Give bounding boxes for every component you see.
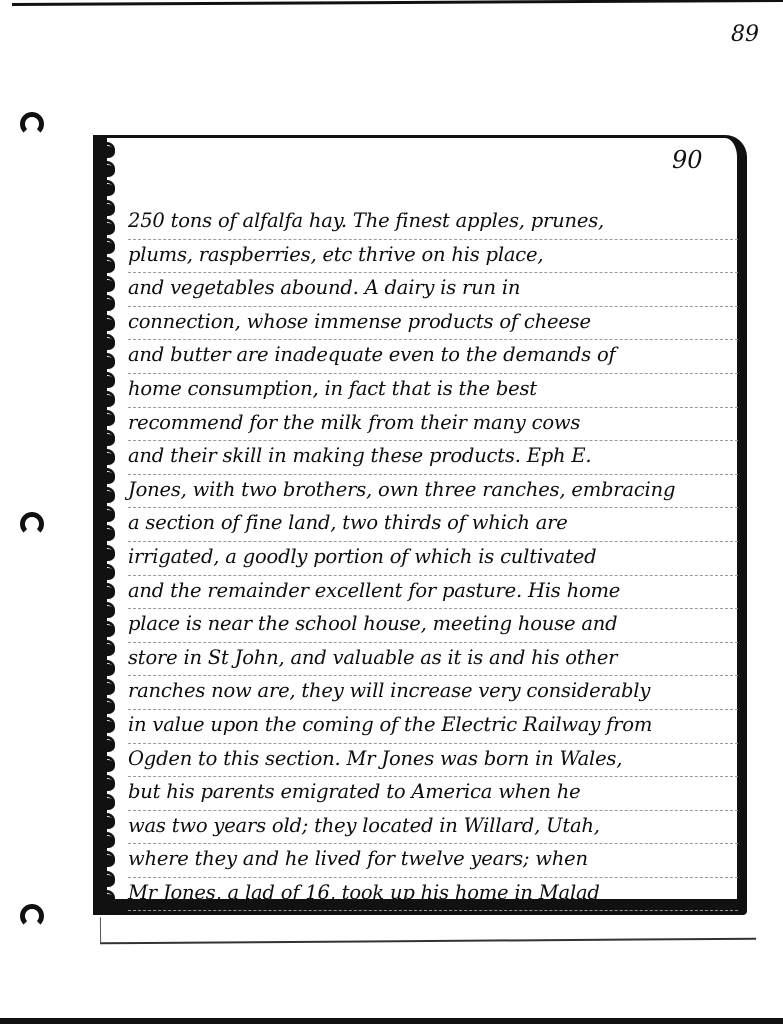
spiral-coil-icon <box>101 625 115 637</box>
text-line: Jones, with two brothers, own three ranc… <box>128 475 738 509</box>
spiral-coil-icon <box>101 280 115 292</box>
text-line-content: plums, raspberries, etc thrive on his pl… <box>128 240 543 270</box>
text-line: in value upon the coming of the Electric… <box>128 710 738 744</box>
text-line: where they and he lived for twelve years… <box>128 844 738 878</box>
text-line: store in St John, and valuable as it is … <box>128 643 738 677</box>
text-line-content: irrigated, a goodly portion of which is … <box>128 542 596 572</box>
spiral-coil-icon <box>101 165 115 177</box>
text-line: and butter are inadequate even to the de… <box>128 340 738 374</box>
spiral-coil-icon <box>101 146 115 158</box>
spiral-coil-icon <box>101 510 115 522</box>
text-line-content: Mr Jones, a lad of 16, took up his home … <box>128 878 600 908</box>
spiral-binding <box>101 146 127 906</box>
text-line-content: in value upon the coming of the Electric… <box>128 710 652 740</box>
text-line-content: 250 tons of alfalfa hay. The finest appl… <box>128 206 604 236</box>
spiral-coil-icon <box>101 491 115 503</box>
spiral-coil-icon <box>101 894 115 906</box>
text-line-content: and their skill in making these products… <box>128 441 591 471</box>
text-line-content: a section of fine land, two thirds of wh… <box>128 508 568 538</box>
text-line-content: home consumption, in fact that is the be… <box>128 374 537 404</box>
text-line: recommend for the milk from their many c… <box>128 408 738 442</box>
spiral-coil-icon <box>101 875 115 887</box>
text-line-content: recommend for the milk from their many c… <box>128 408 580 438</box>
spiral-coil-icon <box>101 664 115 676</box>
spiral-coil-icon <box>101 319 115 331</box>
spiral-coil-icon <box>101 261 115 273</box>
text-line-content: ranches now are, they will increase very… <box>128 676 650 706</box>
spiral-coil-icon <box>101 204 115 216</box>
spiral-coil-icon <box>101 529 115 541</box>
spiral-coil-icon <box>101 568 115 580</box>
text-line: plums, raspberries, etc thrive on his pl… <box>128 240 738 274</box>
spiral-coil-icon <box>101 453 115 465</box>
spiral-coil-icon <box>101 395 115 407</box>
text-line: irrigated, a goodly portion of which is … <box>128 542 738 576</box>
outer-page-number: 89 <box>731 22 759 47</box>
text-line: Mr Jones, a lad of 16, took up his home … <box>128 878 738 912</box>
spiral-coil-icon <box>101 760 115 772</box>
text-line: connection, whose immense products of ch… <box>128 307 738 341</box>
spiral-coil-icon <box>101 414 115 426</box>
spiral-coil-icon <box>101 779 115 791</box>
spiral-coil-icon <box>101 606 115 618</box>
spiral-coil-icon <box>101 242 115 254</box>
text-line: but his parents emigrated to America whe… <box>128 777 738 811</box>
text-line-content: was two years old; they located in Willa… <box>128 811 600 841</box>
notebook-back-page-edge <box>100 913 756 945</box>
text-line-content: connection, whose immense products of ch… <box>128 307 591 337</box>
text-line: place is near the school house, meeting … <box>128 609 738 643</box>
spiral-coil-icon <box>101 721 115 733</box>
text-line: and the remainder excellent for pasture.… <box>128 576 738 610</box>
binder-hole-top-icon <box>20 112 44 136</box>
handwritten-text-body: 250 tons of alfalfa hay. The finest appl… <box>128 206 738 911</box>
spiral-coil-icon <box>101 683 115 695</box>
scan-bottom-edge <box>0 1018 783 1024</box>
spiral-coil-icon <box>101 549 115 561</box>
binder-hole-bottom-icon <box>20 904 44 928</box>
binder-hole-middle-icon <box>20 512 44 536</box>
scan-top-edge <box>12 0 783 6</box>
text-line-content: and vegetables abound. A dairy is run in <box>128 273 520 303</box>
text-line: Ogden to this section. Mr Jones was born… <box>128 744 738 778</box>
text-line-content: Ogden to this section. Mr Jones was born… <box>128 744 622 774</box>
spiral-coil-icon <box>101 740 115 752</box>
spiral-coil-icon <box>101 223 115 235</box>
text-line: was two years old; they located in Willa… <box>128 811 738 845</box>
spiral-coil-icon <box>101 434 115 446</box>
spiral-coil-icon <box>101 472 115 484</box>
spiral-coil-icon <box>101 357 115 369</box>
text-line-content: and butter are inadequate even to the de… <box>128 340 616 370</box>
text-line: home consumption, in fact that is the be… <box>128 374 738 408</box>
text-line-content: and the remainder excellent for pasture.… <box>128 576 620 606</box>
spiral-coil-icon <box>101 338 115 350</box>
spiral-coil-icon <box>101 817 115 829</box>
spiral-coil-icon <box>101 798 115 810</box>
spiral-coil-icon <box>101 855 115 867</box>
text-line: ranches now are, they will increase very… <box>128 676 738 710</box>
text-line-content: where they and he lived for twelve years… <box>128 844 588 874</box>
text-line-content: place is near the school house, meeting … <box>128 609 617 639</box>
spiral-coil-icon <box>101 184 115 196</box>
text-line: a section of fine land, two thirds of wh… <box>128 508 738 542</box>
spiral-coil-icon <box>101 836 115 848</box>
text-line-content: store in St John, and valuable as it is … <box>128 643 617 673</box>
text-line-content: Jones, with two brothers, own three ranc… <box>128 475 675 505</box>
spiral-coil-icon <box>101 644 115 656</box>
spiral-coil-icon <box>101 299 115 311</box>
text-line: and vegetables abound. A dairy is run in <box>128 273 738 307</box>
inner-page-number: 90 <box>672 146 703 174</box>
spiral-coil-icon <box>101 587 115 599</box>
spiral-coil-icon <box>101 376 115 388</box>
text-line: 250 tons of alfalfa hay. The finest appl… <box>128 206 738 240</box>
spiral-coil-icon <box>101 702 115 714</box>
text-line: and their skill in making these products… <box>128 441 738 475</box>
text-line-content: but his parents emigrated to America whe… <box>128 777 580 807</box>
